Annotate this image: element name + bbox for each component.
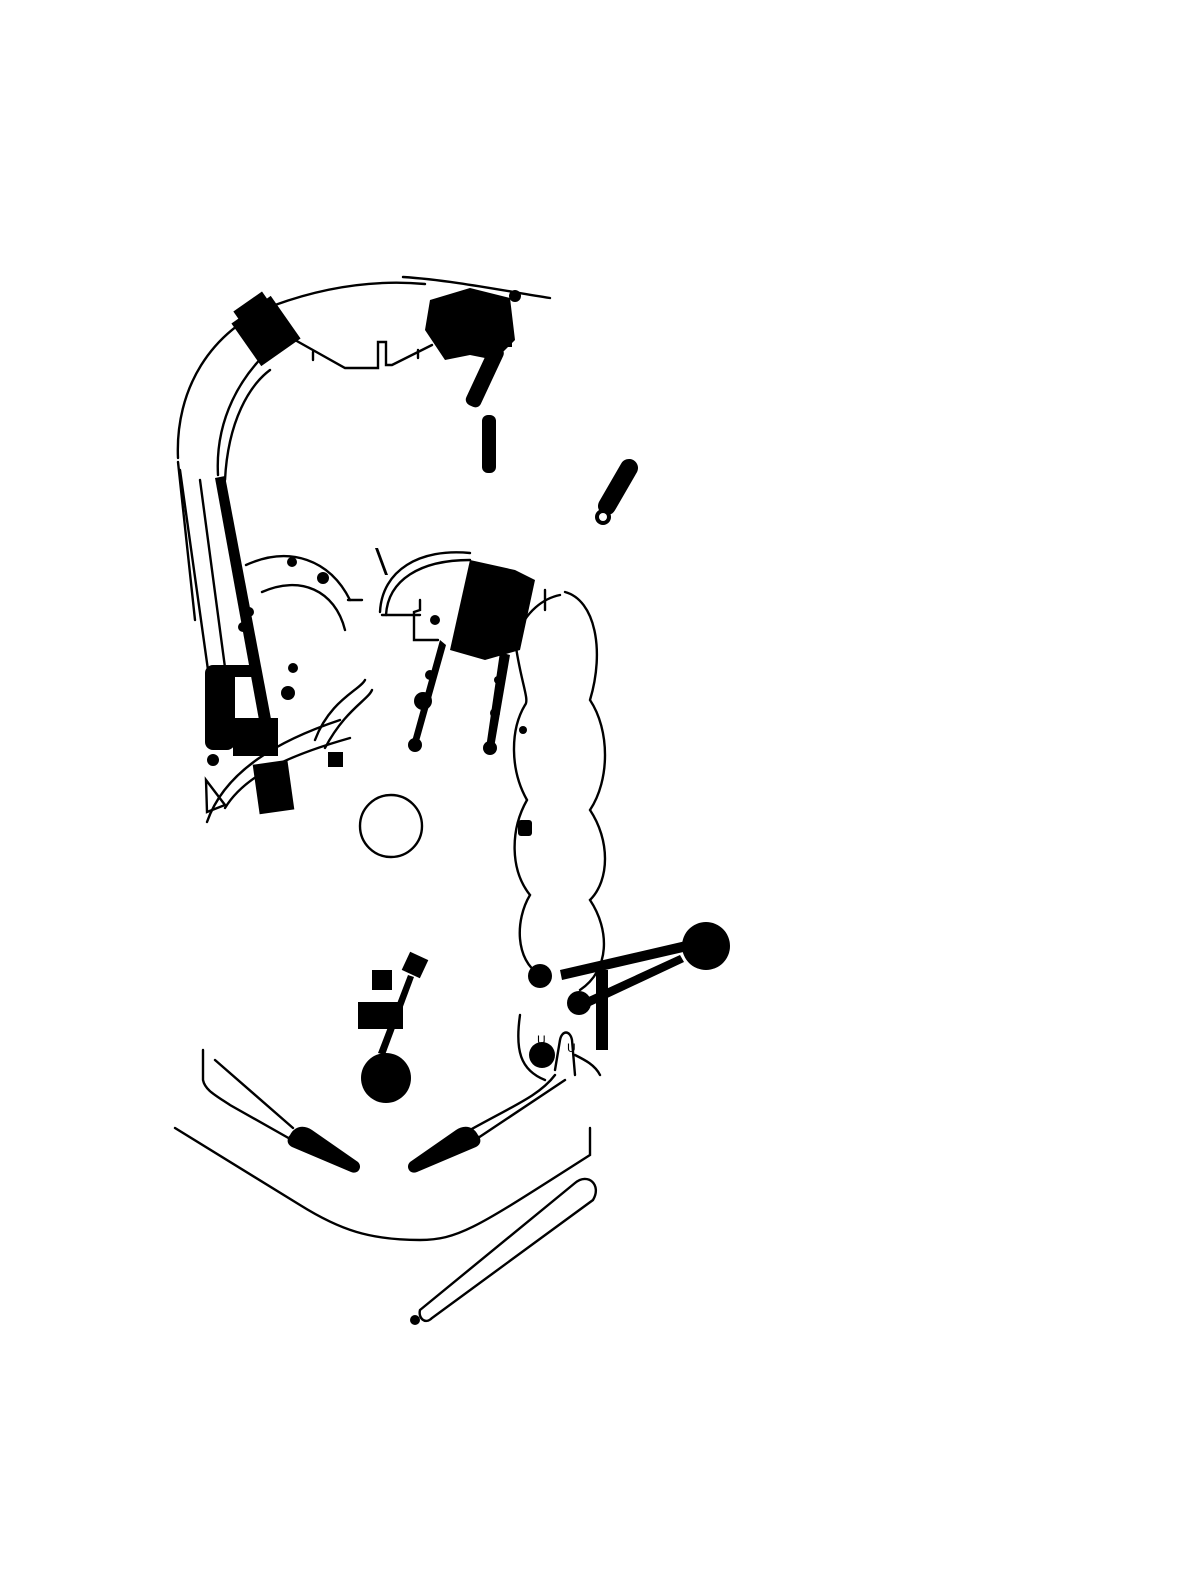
- playfield-diagram: U U: [0, 0, 1198, 1582]
- right-inlane-guide: [518, 1015, 600, 1080]
- right-slingshot-guide: [470, 1075, 565, 1140]
- right-wavy-return-lane: [514, 590, 605, 990]
- plunger-lane: [420, 1179, 596, 1321]
- center-saucer: [360, 795, 422, 857]
- left-slingshot-guide: [203, 1050, 293, 1140]
- right-drop-targets: [464, 344, 506, 473]
- plunger-tip: [410, 1315, 420, 1325]
- left-flipper: [288, 1127, 360, 1173]
- upper-left-kicker: [231, 291, 300, 366]
- pop-bumper-right: [528, 922, 730, 1050]
- right-flipper: [408, 1127, 480, 1173]
- center-ramps: [246, 552, 470, 640]
- upper-right-kicker: [425, 288, 521, 360]
- right-chain-bumper: [518, 820, 532, 836]
- inlane-letter-left: U: [537, 1033, 546, 1047]
- inlane-letter-right: U: [567, 1041, 576, 1055]
- center-top-post: [375, 548, 388, 575]
- top-gate: [295, 340, 432, 368]
- upper-right-spinner: [595, 456, 642, 525]
- left-lane-posts: [205, 476, 343, 814]
- pop-bumper-left: [358, 952, 428, 1103]
